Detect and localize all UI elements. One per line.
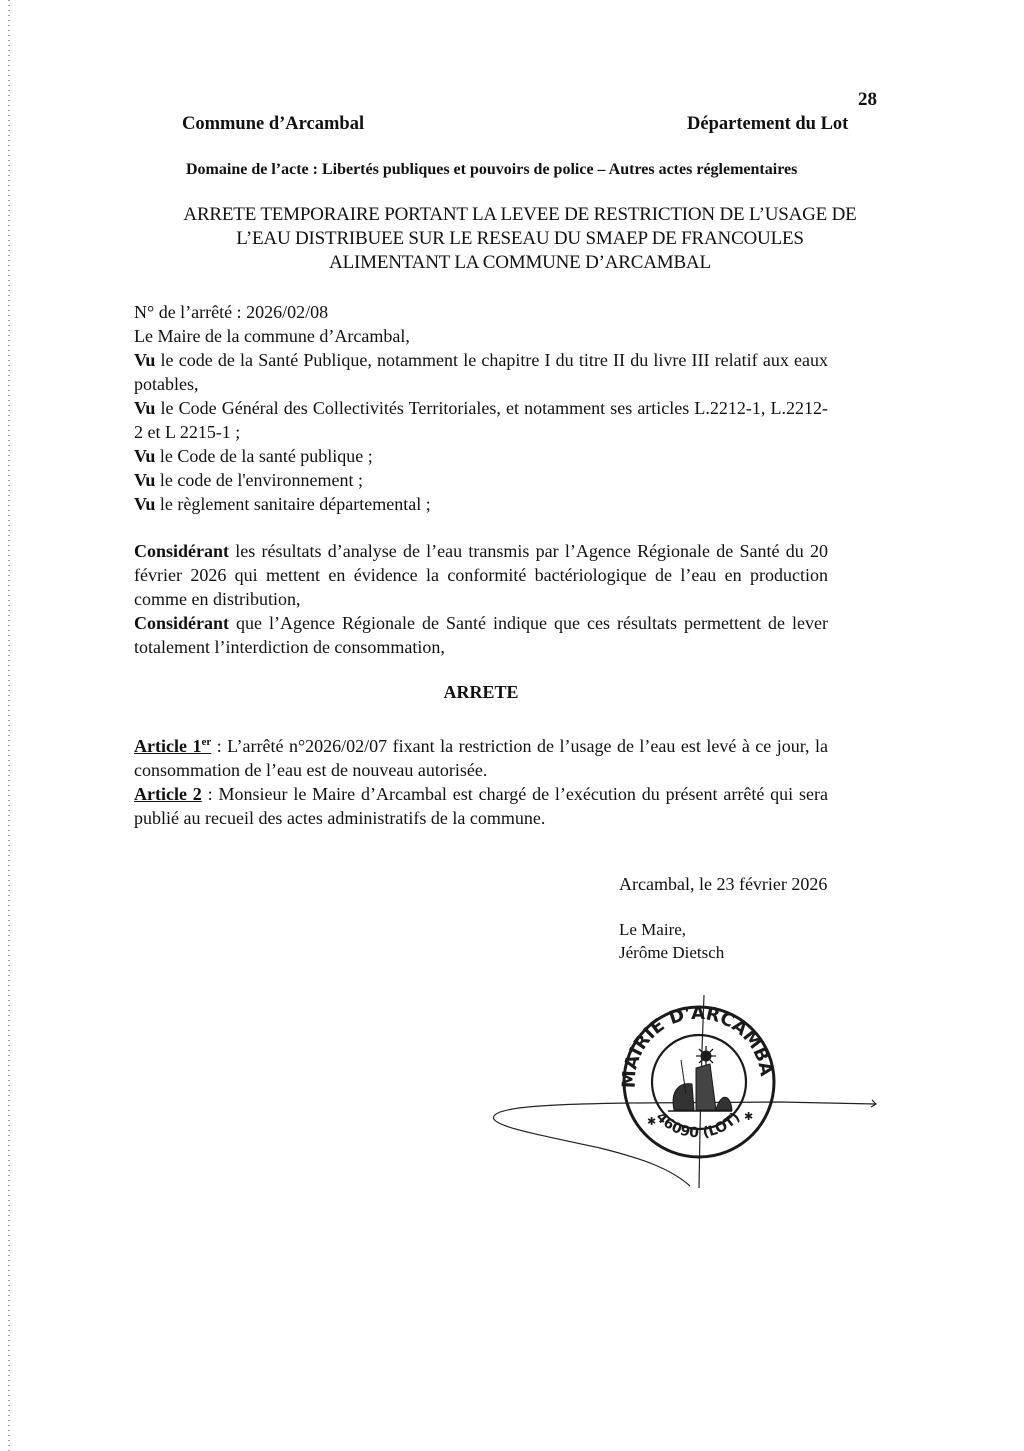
- vu-text: le Code de la santé publique ;: [155, 446, 372, 466]
- vu-label: Vu: [134, 494, 155, 514]
- considerant-text: que l’Agence Régionale de Santé indique …: [134, 613, 828, 657]
- articles: Article 1er : L’arrêté n°2026/02/07 fixa…: [134, 730, 828, 830]
- vu-label: Vu: [134, 446, 155, 466]
- vu-label: Vu: [134, 350, 155, 370]
- title-line: L’EAU DISTRIBUEE SUR LE RESEAU DU SMAEP …: [130, 227, 910, 251]
- article-label: Article 2: [134, 784, 202, 804]
- stamp-emblem-icon: [668, 1046, 732, 1111]
- document-page: 28 Commune d’Arcambal Département du Lot…: [0, 0, 1024, 1451]
- maire-intro: Le Maire de la commune d’Arcambal,: [134, 324, 828, 348]
- considerant-label: Considérant: [134, 541, 229, 561]
- article-item: Article 2 : Monsieur le Maire d’Arcambal…: [134, 782, 828, 830]
- vu-item: Vu le code de la Santé Publique, notamme…: [134, 348, 828, 396]
- document-title: ARRETE TEMPORAIRE PORTANT LA LEVEE DE RE…: [130, 203, 910, 275]
- vu-text: le règlement sanitaire départemental ;: [155, 494, 430, 514]
- vu-text: le code de l'environnement ;: [155, 470, 363, 490]
- mairie-stamp-and-signature: MAIRIE D'ARCAMBAL 46090 (LOT) ✱ ✱: [480, 990, 900, 1190]
- stamp-star-icon: ✱: [647, 1116, 656, 1128]
- signatory-role: Le Maire,: [619, 918, 724, 941]
- considerant-item: Considérant les résultats d’analyse de l…: [134, 539, 828, 611]
- vu-item: Vu le Code de la santé publique ;: [134, 444, 828, 468]
- considerants: Considérant les résultats d’analyse de l…: [134, 539, 828, 659]
- stamp-top-text: MAIRIE D'ARCAMBAL: [480, 990, 777, 1089]
- article-label: Article 1er: [134, 736, 211, 756]
- vu-label: Vu: [134, 398, 155, 418]
- signature-block: Le Maire, Jérôme Dietsch: [619, 918, 724, 964]
- stamp-bottom-text: 46090 (LOT): [653, 1109, 744, 1141]
- vu-item: Vu le règlement sanitaire départemental …: [134, 492, 828, 516]
- article-text: : Monsieur le Maire d’Arcambal est charg…: [134, 784, 828, 828]
- vu-label: Vu: [134, 470, 155, 490]
- stamp-star-icon: ✱: [744, 1111, 753, 1123]
- signature-place-date: Arcambal, le 23 février 2026: [619, 874, 827, 895]
- header-departement: Département du Lot: [687, 114, 848, 135]
- vu-item: Vu le Code Général des Collectivités Ter…: [134, 396, 828, 444]
- vu-text: le Code Général des Collectivités Territ…: [134, 398, 828, 442]
- considerant-text: les résultats d’analyse de l’eau transmi…: [134, 541, 828, 609]
- preamble: N° de l’arrêté : 2026/02/08 Le Maire de …: [134, 300, 828, 516]
- domaine-acte: Domaine de l’acte : Libertés publiques e…: [186, 161, 797, 179]
- title-line: ALIMENTANT LA COMMUNE D’ARCAMBAL: [130, 251, 910, 275]
- title-line: ARRETE TEMPORAIRE PORTANT LA LEVEE DE RE…: [130, 203, 910, 227]
- scan-edge-artifact: [8, 0, 10, 1451]
- header-commune: Commune d’Arcambal: [182, 114, 364, 135]
- vu-text: le code de la Santé Publique, notamment …: [134, 350, 828, 394]
- considerant-label: Considérant: [134, 613, 229, 633]
- arrete-number: N° de l’arrêté : 2026/02/08: [134, 300, 828, 324]
- article-text: : L’arrêté n°2026/02/07 fixant la restri…: [134, 736, 828, 780]
- signatory-name: Jérôme Dietsch: [619, 941, 724, 964]
- vu-item: Vu le code de l'environnement ;: [134, 468, 828, 492]
- considerant-item: Considérant que l’Agence Régionale de Sa…: [134, 611, 828, 659]
- article-label-text: Article 1: [134, 736, 201, 756]
- page-number: 28: [858, 89, 877, 111]
- arrete-heading: ARRETE: [134, 682, 828, 703]
- article-item: Article 1er : L’arrêté n°2026/02/07 fixa…: [134, 730, 828, 782]
- article-label-sup: er: [201, 736, 211, 748]
